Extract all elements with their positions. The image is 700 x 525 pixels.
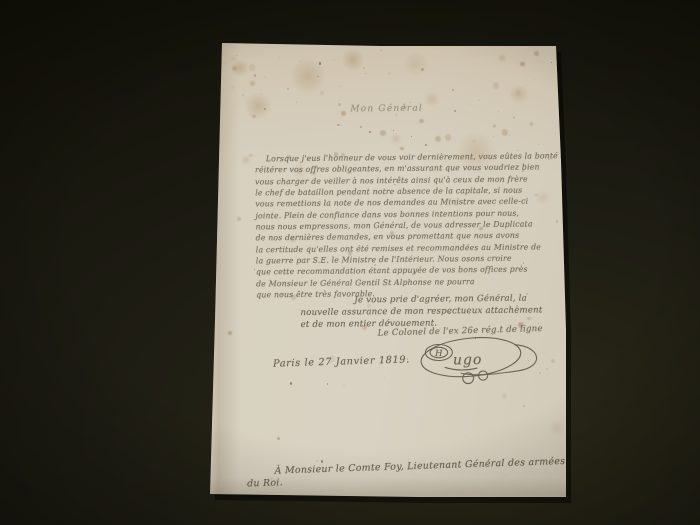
letter-paper: Mon Général Lorsque j'eus l'honneur de v…	[0, 0, 700, 525]
signature-monogram: H	[434, 349, 443, 359]
photo-backdrop: Mon Général Lorsque j'eus l'honneur de v…	[0, 0, 700, 525]
letter-body: Lorsque j'eus l'honneur de vous voir der…	[255, 150, 587, 301]
letter-salutation: Mon Général	[350, 104, 423, 115]
signature-name: ugo	[453, 352, 483, 368]
date-line: Paris le 27 Janvier 1819.	[273, 354, 410, 369]
address-block: À Monsieur le Comte Foy, Lieutenant Géné…	[247, 456, 566, 490]
signature-flourish: H ugo	[415, 332, 550, 393]
letter-content: Mon Général Lorsque j'eus l'honneur de v…	[0, 0, 700, 525]
